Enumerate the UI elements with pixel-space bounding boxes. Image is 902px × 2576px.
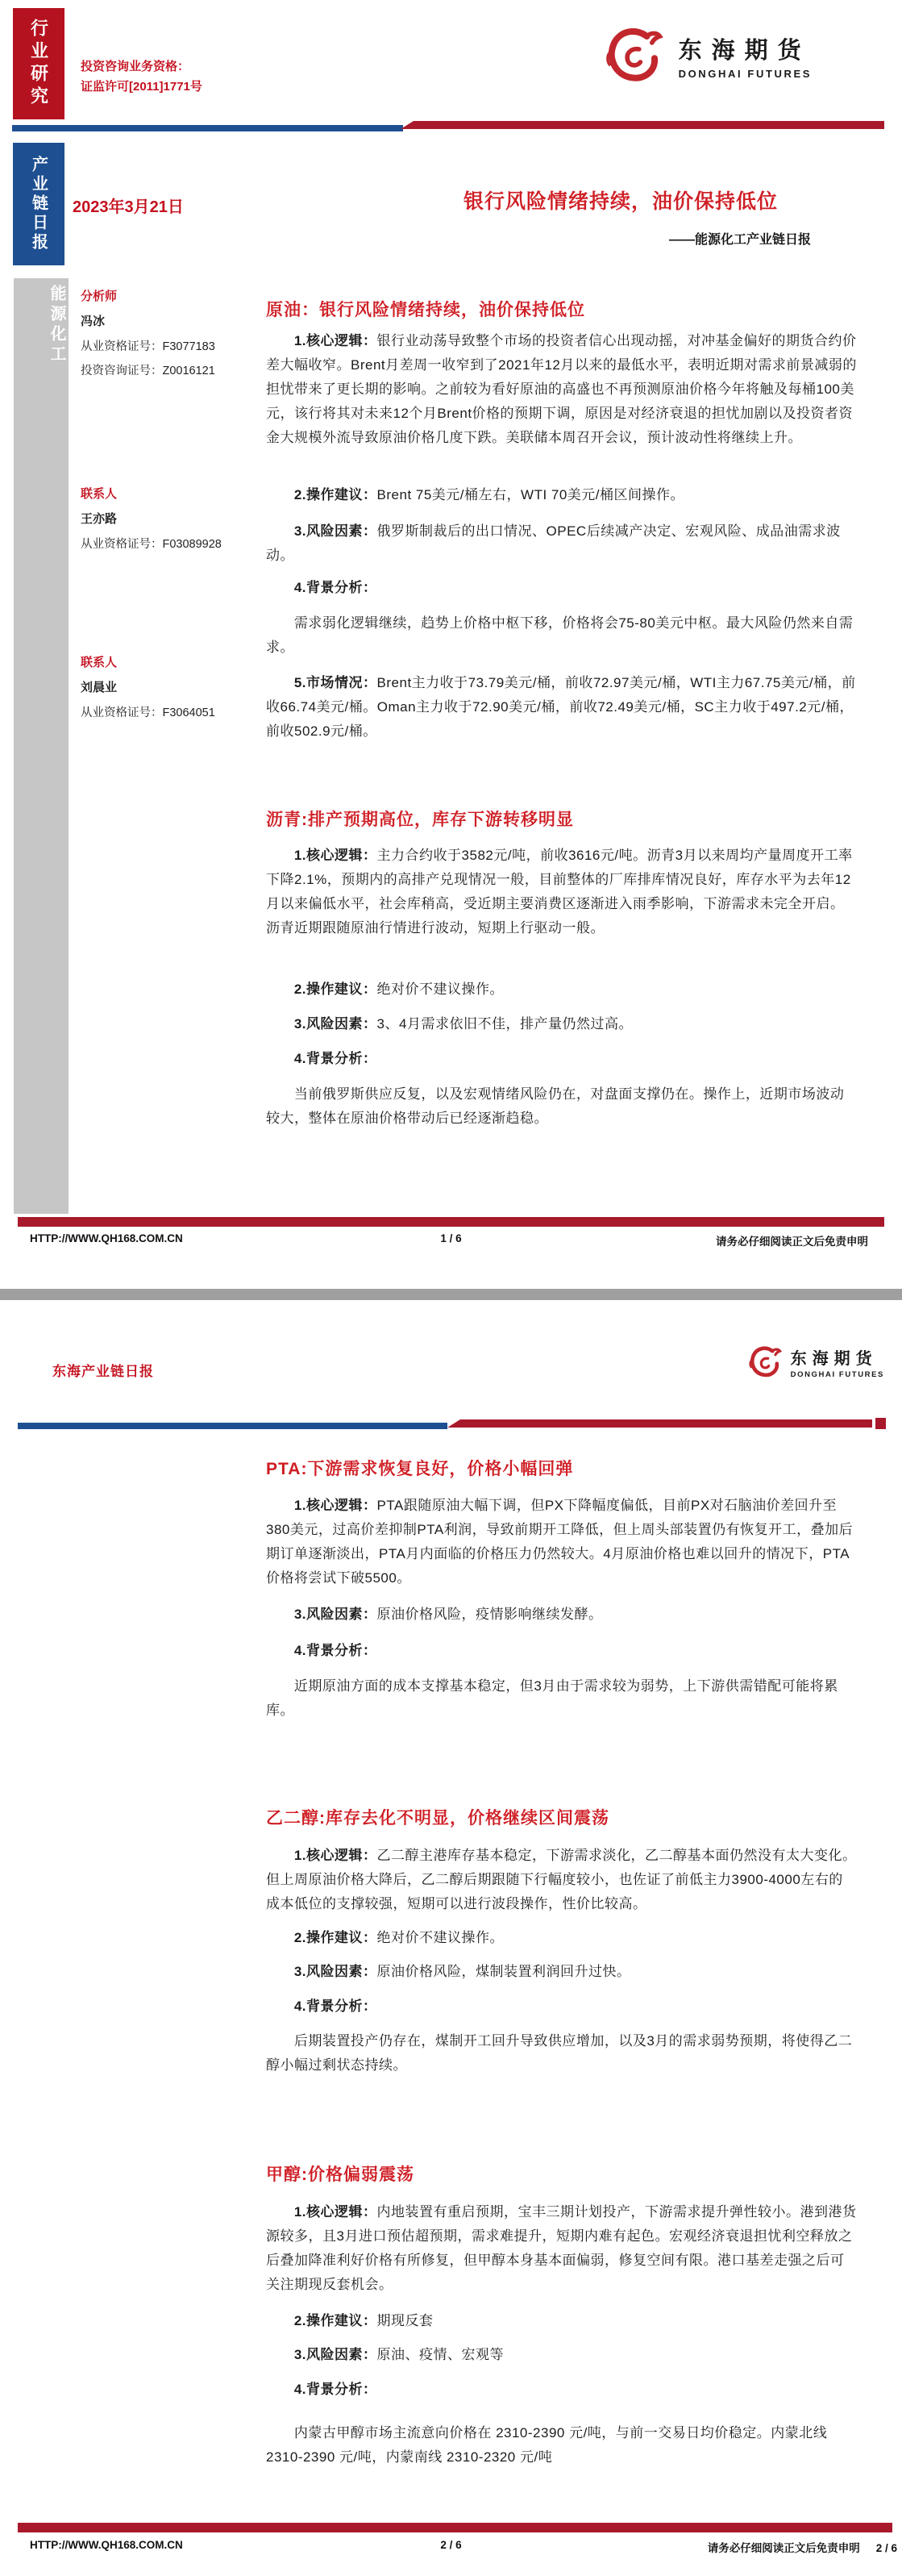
paragraph-risk: 3.风险因素：原油、疫情、宏观等 — [266, 2343, 857, 2367]
page-2: 东海产业链日报 东海期货 DONGHAI FUTURES PTA:下游需求恢复良… — [0, 1300, 902, 2576]
para-lead: 3.风险因素： — [294, 523, 377, 539]
para-lead: 1.核心逻辑： — [294, 1498, 377, 1513]
footer-disclaimer: 请务必仔细阅读正文后免责申明 — [708, 2542, 860, 2554]
para-lead: 2.操作建议： — [294, 1930, 377, 1945]
report-title: 银行风险情绪持续，油价保持低位 — [419, 185, 822, 215]
contact1-label: 联系人 — [81, 485, 117, 502]
paragraph-core-logic: 1.核心逻辑：乙二醇主港库存基本稳定，下游需求淡化，乙二醇基本面仍然没有太大变化… — [266, 1844, 857, 1916]
para-lead: 5.市场情况： — [294, 675, 377, 690]
para-lead: 2.操作建议： — [294, 2313, 377, 2328]
paragraph-background: 4.背景分析： — [266, 1047, 857, 1071]
para-text: 3、4月需求依旧不佳，排产量仍然过高。 — [377, 1016, 633, 1032]
para-lead: 2.操作建议： — [294, 982, 377, 997]
para-text: 期现反套 — [377, 2313, 434, 2328]
sector-label: 能源化工 — [14, 285, 69, 365]
report-subtitle: ——能源化工产业链日报 — [669, 229, 811, 248]
footer-right-group: 请务必仔细阅读正文后免责申明2 / 6 — [708, 2539, 897, 2555]
divider-red-segment — [447, 1419, 872, 1428]
dragon-logo-icon — [747, 1342, 784, 1382]
paragraph-advice: 2.操作建议：Brent 75美元/桶左右，WTI 70美元/桶区间操作。 — [266, 483, 857, 507]
para-lead: 3.风险因素： — [294, 2347, 377, 2362]
section-title-methanol: 甲醇:价格偏弱震荡 — [266, 2161, 414, 2186]
sector-strip: 能源化工 — [14, 278, 69, 1214]
paragraph-background: 4.背景分析： — [266, 576, 857, 600]
divider-blue-segment — [12, 125, 403, 131]
para-lead: 4.背景分析： — [294, 1051, 377, 1066]
footer-disclaimer: 请务必仔细阅读正文后免责申明 — [716, 1232, 868, 1248]
analyst-name: 冯冰 — [81, 312, 105, 329]
qualification-line-1: 投资咨询业务资格： — [81, 56, 202, 77]
section-title-meg: 乙二醇:库存去化不明显，价格继续区间震荡 — [266, 1805, 609, 1829]
divider-red-cap — [875, 1418, 886, 1429]
report-date: 2023年3月21日 — [73, 194, 184, 217]
report-canvas: 行业研究 投资咨询业务资格： 证监许可[2011]1771号 东海期货 DONG… — [0, 0, 902, 2576]
brand-name-en: DONGHAI FUTURES — [791, 1370, 884, 1379]
paragraph-core-logic: 1.核心逻辑：内地装置有重启预期，宝丰三期计划投产，下游需求提升弹性较小。港到港… — [266, 2200, 857, 2297]
para-lead: 1.核心逻辑： — [294, 333, 377, 348]
para-text: 绝对价不建议操作。 — [377, 982, 505, 997]
para-text: 内蒙古甲醇市场主流意向价格在 2310-2390 元/吨，与前一交易日均价稳定。… — [266, 2425, 827, 2465]
para-text: 当前俄罗斯供应反复，以及宏观情绪风险仍在，对盘面支撑仍在。操作上，近期市场波动较… — [266, 1086, 844, 1126]
brand-logo-text: 东海期货 DONGHAI FUTURES — [791, 1345, 884, 1379]
analyst-cert-1: 从业资格证号：F3077183 — [81, 337, 215, 354]
chain-daily-box: 产业链日报 — [13, 143, 64, 265]
paragraph-advice: 2.操作建议：期现反套 — [266, 2309, 857, 2333]
para-lead: 4.背景分析： — [294, 2382, 377, 2397]
analyst-cert-2: 投资咨询证号：Z0016121 — [81, 361, 215, 378]
brand-name-cn: 东海期货 — [679, 32, 812, 65]
divider-red-segment — [401, 121, 884, 129]
para-text: 原油价格风险，煤制装置利润回升过快。 — [377, 1964, 631, 1979]
dragon-logo-icon — [603, 21, 667, 90]
para-lead: 1.核心逻辑： — [294, 1848, 377, 1863]
paragraph-background: 4.背景分析： — [266, 1639, 857, 1663]
paragraph-core-logic: 1.核心逻辑：主力合约收于3582元/吨，前收3616元/吨。沥青3月以来周均产… — [266, 844, 857, 940]
para-text: Brent 75美元/桶左右，WTI 70美元/桶区间操作。 — [377, 487, 685, 502]
industry-research-box: 行业研究 — [13, 8, 64, 119]
page-1: 行业研究 投资咨询业务资格： 证监许可[2011]1771号 东海期货 DONG… — [0, 0, 902, 1289]
para-text: 绝对价不建议操作。 — [377, 1930, 505, 1945]
paragraph-background-text: 需求弱化逻辑继续，趋势上价格中枢下移，价格将会75-80美元中枢。最大风险仍然来… — [266, 611, 857, 660]
para-lead: 1.核心逻辑： — [294, 848, 377, 863]
paragraph-core-logic: 1.核心逻辑：银行业动荡导致整个市场的投资者信心出现动摇，对冲基金偏好的期货合约… — [266, 329, 857, 450]
page2-header-title: 东海产业链日报 — [52, 1360, 154, 1380]
paragraph-background-text: 当前俄罗斯供应反复，以及宏观情绪风险仍在，对盘面支撑仍在。操作上，近期市场波动较… — [266, 1082, 857, 1131]
contact1-cert: 从业资格证号：F03089928 — [81, 535, 222, 552]
paragraph-risk: 3.风险因素：原油价格风险，煤制装置利润回升过快。 — [266, 1960, 857, 1984]
paragraph-background-text: 内蒙古甲醇市场主流意向价格在 2310-2390 元/吨，与前一交易日均价稳定。… — [266, 2421, 857, 2470]
para-text: 近期原油方面的成本支撑基本稳定，但3月由于需求较为弱势，上下游供需错配可能将累库… — [266, 1678, 838, 1718]
para-lead: 3.风险因素： — [294, 1607, 377, 1622]
footer-bar — [18, 2523, 892, 2532]
page-separator — [0, 1289, 902, 1300]
section-title-pta: PTA:下游需求恢复良好，价格小幅回弹 — [266, 1456, 573, 1480]
analyst-label: 分析师 — [81, 287, 117, 304]
footer-bar — [18, 1217, 884, 1227]
para-lead: 3.风险因素： — [294, 1016, 377, 1032]
contact2-name: 刘晨业 — [81, 678, 117, 695]
paragraph-background: 4.背景分析： — [266, 2378, 857, 2402]
footer-page-number-right: 2 / 6 — [876, 2542, 897, 2554]
industry-research-label: 行业研究 — [27, 19, 52, 109]
paragraph-risk: 3.风险因素：3、4月需求依旧不佳，排产量仍然过高。 — [266, 1012, 857, 1036]
chain-daily-label: 产业链日报 — [27, 156, 51, 252]
para-lead: 2.操作建议： — [294, 487, 377, 502]
contact2-label: 联系人 — [81, 653, 117, 670]
paragraph-background-text: 后期装置投产仍存在，煤制开工回升导致供应增加，以及3月的需求弱势预期，将使得乙二… — [266, 2029, 857, 2078]
paragraph-background-text: 近期原油方面的成本支撑基本稳定，但3月由于需求较为弱势，上下游供需错配可能将累库… — [266, 1674, 857, 1723]
brand-name-en: DONGHAI FUTURES — [679, 68, 812, 80]
para-text: 原油、疫情、宏观等 — [377, 2347, 505, 2362]
paragraph-core-logic: 1.核心逻辑：PTA跟随原油大幅下调，但PX下降幅度偏低，目前PX对石脑油价差回… — [266, 1494, 857, 1590]
paragraph-advice: 2.操作建议：绝对价不建议操作。 — [266, 977, 857, 1002]
para-text: 原油价格风险，疫情影响继续发酵。 — [377, 1607, 603, 1622]
paragraph-advice: 2.操作建议：绝对价不建议操作。 — [266, 1926, 857, 1950]
divider-blue-segment — [18, 1423, 447, 1429]
qualification-block: 投资咨询业务资格： 证监许可[2011]1771号 — [81, 56, 202, 97]
para-lead: 4.背景分析： — [294, 1999, 377, 2014]
section-title-asphalt: 沥青:排产预期高位，库存下游转移明显 — [266, 807, 574, 831]
paragraph-risk: 3.风险因素：俄罗斯制裁后的出口情况、OPEC后续减产决定、宏观风险、成品油需求… — [266, 519, 857, 568]
brand-logo: 东海期货 DONGHAI FUTURES — [747, 1342, 884, 1382]
para-lead: 3.风险因素： — [294, 1964, 377, 1979]
para-text: 需求弱化逻辑继续，趋势上价格中枢下移，价格将会75-80美元中枢。最大风险仍然来… — [266, 615, 853, 655]
para-text: 后期装置投产仍存在，煤制开工回升导致供应增加，以及3月的需求弱势预期，将使得乙二… — [266, 2033, 852, 2073]
para-lead: 1.核心逻辑： — [294, 2204, 377, 2220]
contact1-name: 王亦路 — [81, 510, 117, 527]
qualification-line-2: 证监许可[2011]1771号 — [81, 77, 202, 97]
paragraph-market: 5.市场情况：Brent主力收于73.79美元/桶，前收72.97美元/桶，WT… — [266, 671, 857, 744]
para-text: 银行业动荡导致整个市场的投资者信心出现动摇，对冲基金偏好的期货合约价差大幅收窄。… — [266, 333, 857, 445]
section-title-crude-oil: 原油：银行风险情绪持续，油价保持低位 — [266, 297, 585, 321]
contact2-cert: 从业资格证号：F3064051 — [81, 703, 215, 720]
paragraph-risk: 3.风险因素：原油价格风险，疫情影响继续发酵。 — [266, 1603, 857, 1627]
para-lead: 4.背景分析： — [294, 1643, 377, 1658]
brand-logo: 东海期货 DONGHAI FUTURES — [603, 21, 812, 90]
brand-logo-text: 东海期货 DONGHAI FUTURES — [679, 32, 812, 80]
paragraph-background: 4.背景分析： — [266, 1995, 857, 2019]
brand-name-cn: 东海期货 — [791, 1345, 884, 1369]
para-lead: 4.背景分析： — [294, 580, 377, 595]
